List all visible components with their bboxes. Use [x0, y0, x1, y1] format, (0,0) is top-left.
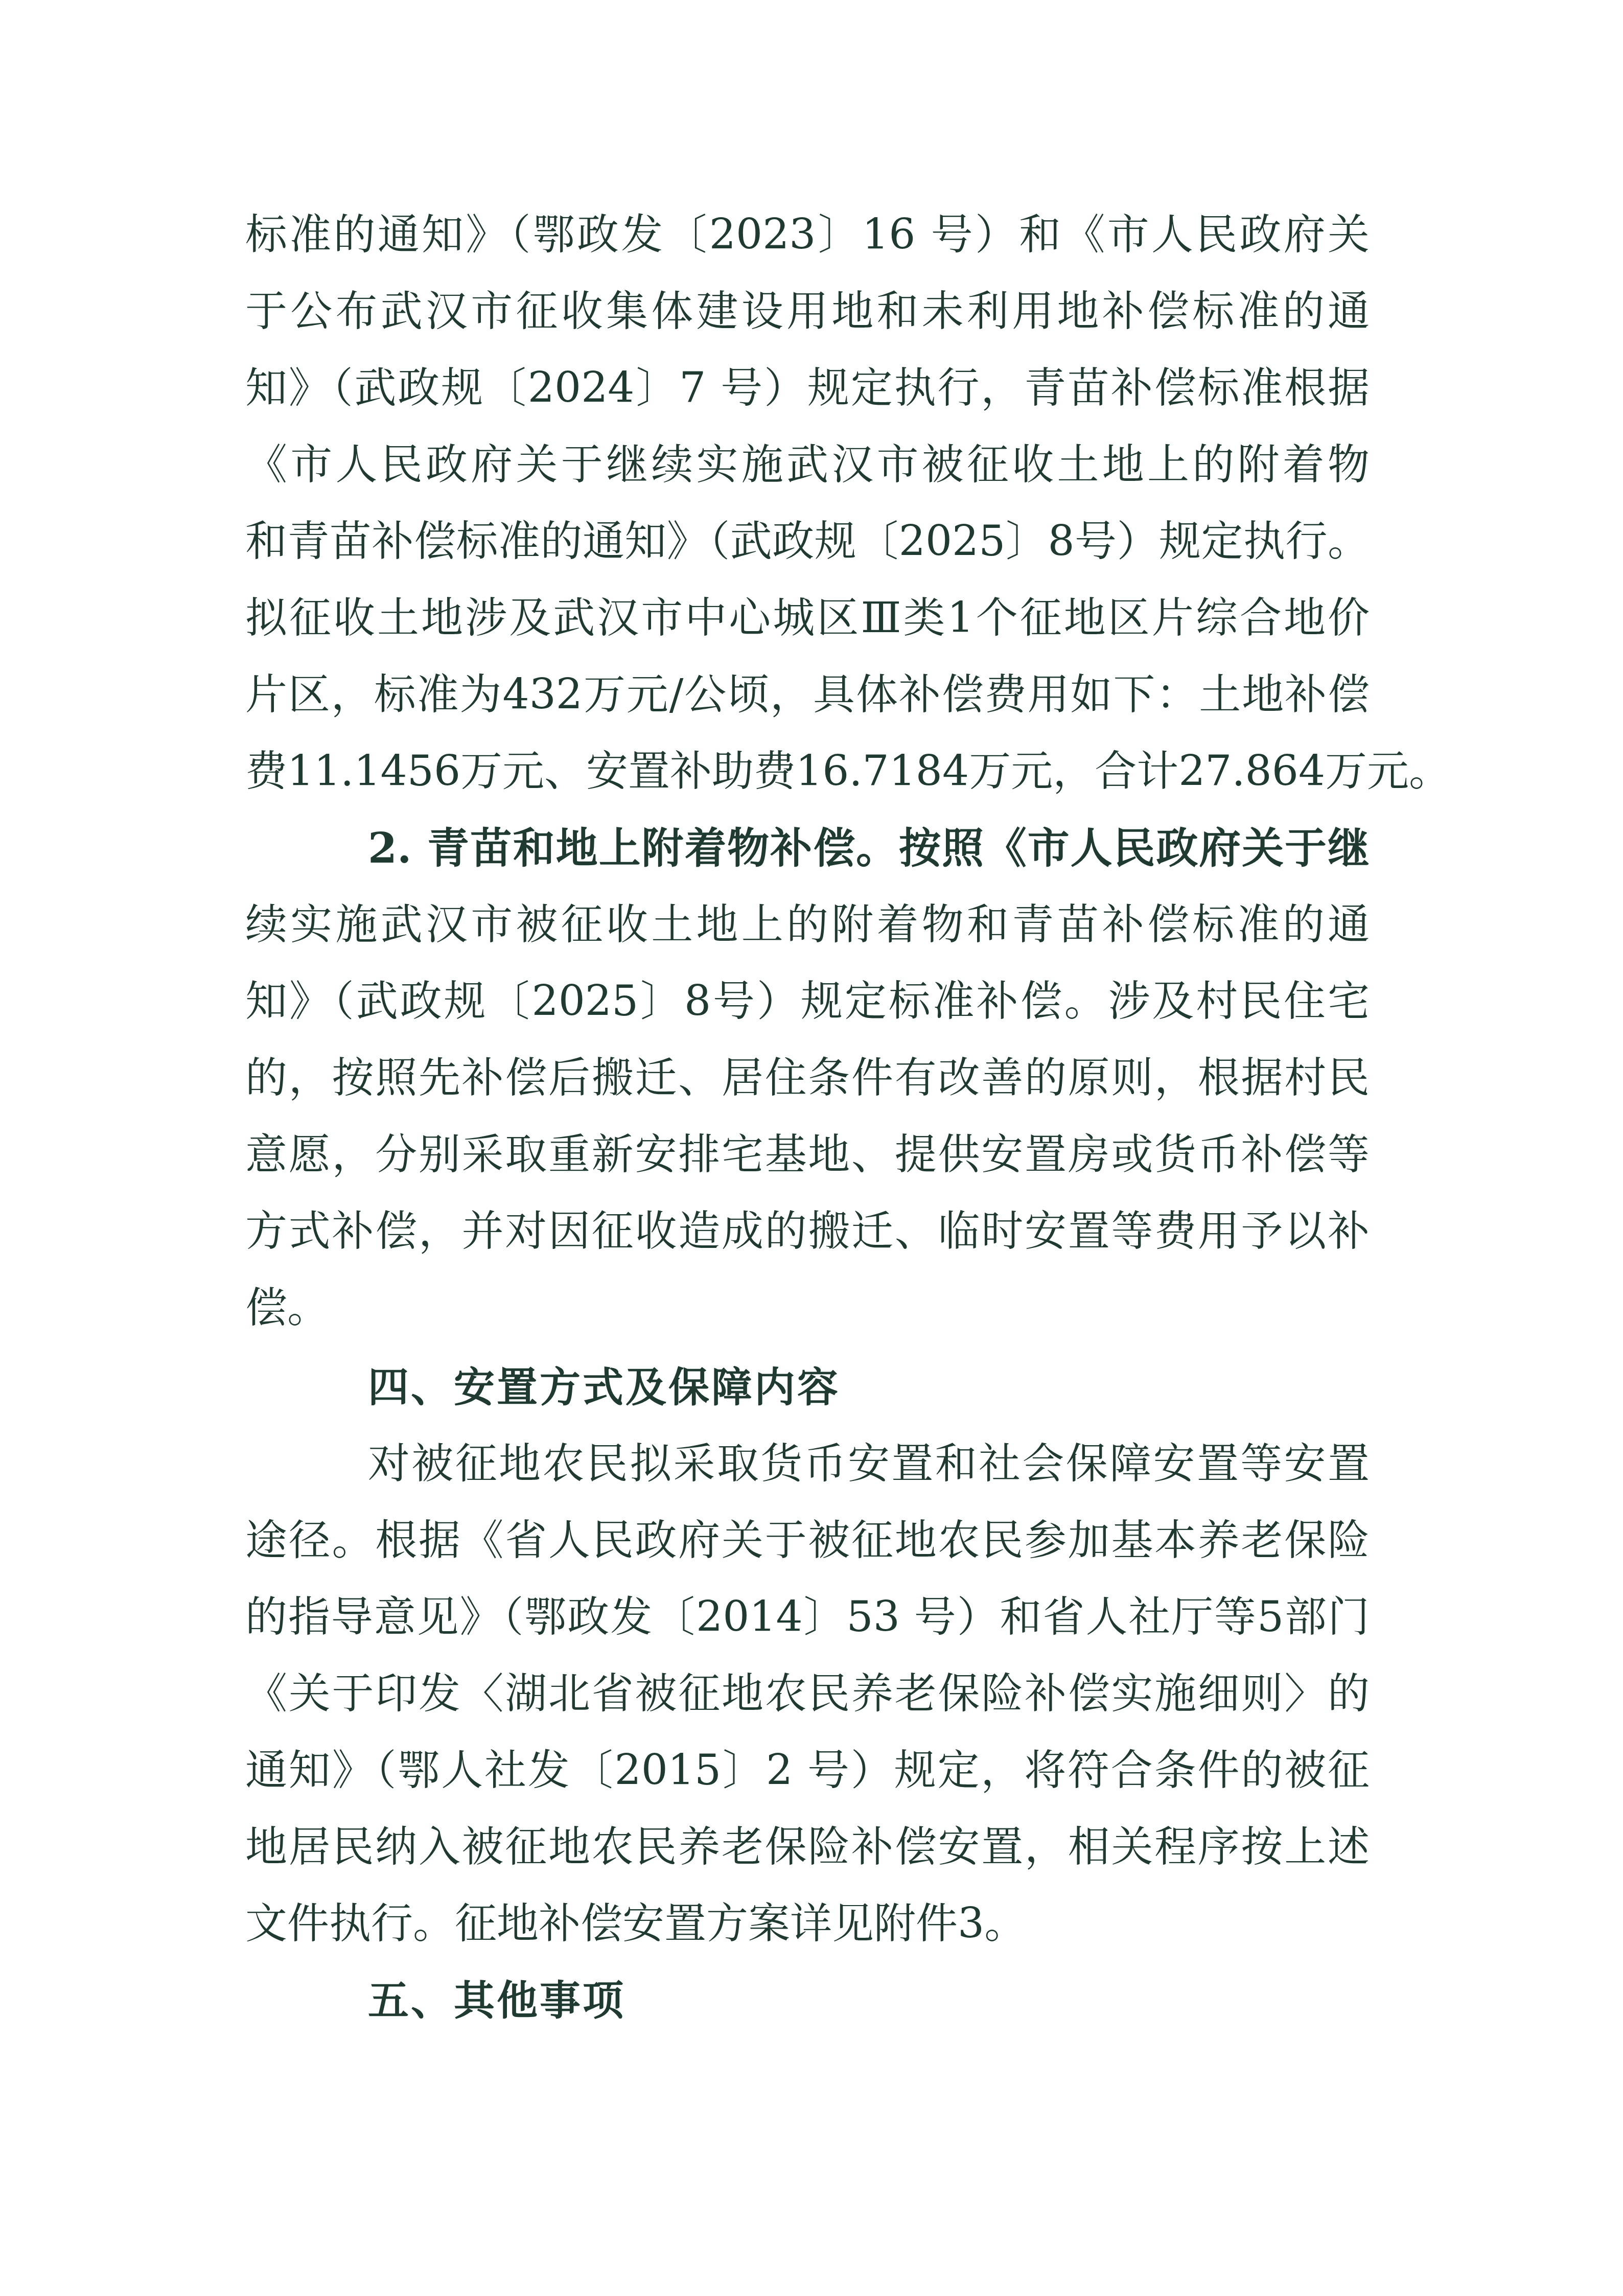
body-line: 偿。	[245, 1280, 1370, 1336]
body-line: 片区，标准为432万元/公顷，具体补偿费用如下：土地补偿	[245, 667, 1370, 723]
body-line: 和青苗补偿标准的通知》（武政规〔2025〕8号）规定执行。	[245, 514, 1370, 570]
body-line: 方式补偿，并对因征收造成的搬迁、临时安置等费用予以补	[245, 1203, 1370, 1260]
body-line: 拟征收土地涉及武汉市中心城区Ⅲ类1个征地区片综合地价	[245, 590, 1370, 646]
section-heading-5: 五、其他事项	[368, 1973, 1370, 2029]
body-line: 通知》（鄂人社发〔2015〕2 号）规定，将符合条件的被征	[245, 1743, 1370, 1799]
section-heading-4: 四、安置方式及保障内容	[368, 1359, 1370, 1416]
body-line: 的指导意见》（鄂政发〔2014〕53 号）和省人社厅等5部门	[245, 1589, 1370, 1645]
body-line: 费11.1456万元、安置补助费16.7184万元，合计27.864万元。	[245, 744, 1370, 800]
body-line: 地居民纳入被征地农民养老保险补偿安置，相关程序按上述	[245, 1819, 1370, 1875]
body-line: 标准的通知》（鄂政发〔2023〕16 号）和《市人民政府关	[245, 207, 1370, 263]
body-line: 知》（武政规〔2024〕7 号）规定执行，青苗补偿标准根据	[245, 360, 1370, 416]
body-line: 文件执行。征地补偿安置方案详见附件3。	[245, 1896, 1370, 1952]
body-line: 知》（武政规〔2025〕8号）规定标准补偿。涉及村民住宅	[245, 973, 1370, 1030]
body-line: 于公布武汉市征收集体建设用地和未利用地补偿标准的通	[245, 284, 1370, 340]
body-line: 途径。根据《省人民政府关于被征地农民参加基本养老保险	[245, 1513, 1370, 1569]
body-line: 续实施武汉市被征收土地上的附着物和青苗补偿标准的通	[245, 897, 1370, 953]
body-line: 意愿，分别采取重新安排宅基地、提供安置房或货币补偿等	[245, 1127, 1370, 1183]
body-line: 的，按照先补偿后搬迁、居住条件有改善的原则，根据村民	[245, 1050, 1370, 1106]
body-line: 《关于印发〈湖北省被征地农民养老保险补偿实施细则〉的	[245, 1666, 1370, 1722]
document-page: 标准的通知》（鄂政发〔2023〕16 号）和《市人民政府关 于公布武汉市征收集体…	[0, 0, 1623, 2296]
item-2-first-line: 2. 青苗和地上附着物补偿。按照《市人民政府关于继	[368, 820, 1370, 876]
body-line: 对被征地农民拟采取货币安置和社会保障安置等安置	[368, 1436, 1370, 1492]
body-line: 《市人民政府关于继续实施武汉市被征收土地上的附着物	[245, 437, 1370, 493]
